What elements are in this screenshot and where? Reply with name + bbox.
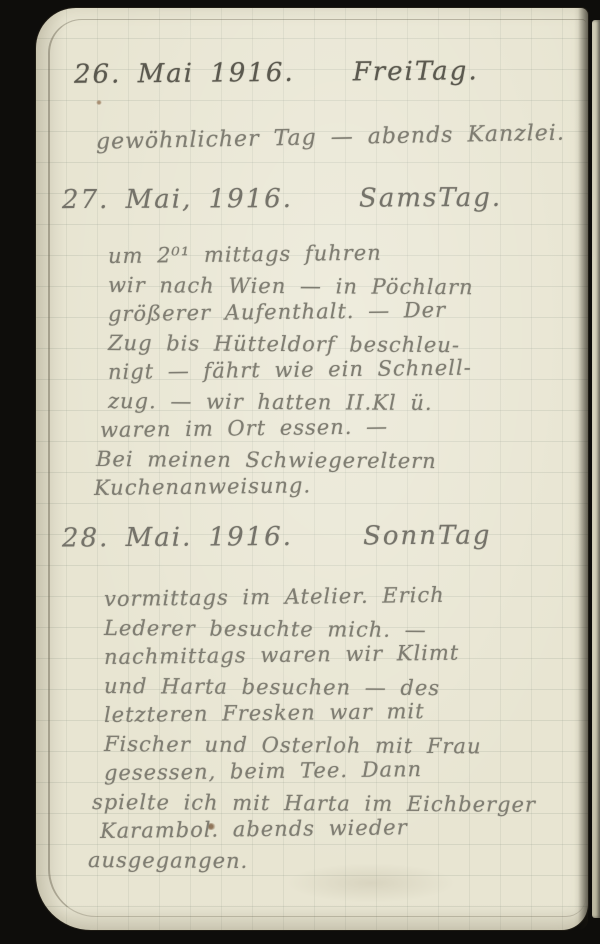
entry-body-26-mai: gewöhnlicher Tag — abends Kanzlei.	[96, 126, 565, 154]
entry-header-27-mai: 27. Mai, 1916.SamsTag.	[62, 183, 502, 215]
notebook-page: 26. Mai 1916.FreiTag. gewöhnlicher Tag —…	[36, 8, 588, 930]
handwritten-line: ausgegangen.	[88, 846, 536, 878]
handwritten-line: gesessen, beim Tee. Dann	[104, 754, 536, 788]
handwritten-line: um 2⁰¹ mittags fuhren	[108, 238, 474, 271]
entry-header-28-mai: 28. Mai. 1916.SonnTag	[62, 521, 492, 554]
facing-page-edge	[592, 20, 600, 918]
handwritten-line: Karambol. abends wieder	[100, 812, 536, 846]
entry-weekday: FreiTag.	[353, 56, 479, 87]
handwritten-line: nachmittags waren wir Klimt	[104, 638, 536, 672]
handwritten-line: gewöhnlicher Tag — abends Kanzlei.	[96, 121, 565, 155]
entry-date: 27. Mai, 1916.	[62, 184, 293, 215]
entry-header-26-mai: 26. Mai 1916.FreiTag.	[74, 56, 479, 90]
paper-stain	[96, 100, 102, 105]
page-edge-stack	[36, 8, 62, 930]
handwritten-line: waren im Ort essen. —	[100, 411, 474, 445]
scan-background: { "document": { "kind": "handwritten dia…	[0, 0, 600, 944]
entry-date: 28. Mai. 1916.	[62, 522, 293, 554]
handwritten-line: letzteren Fresken war mit	[104, 696, 536, 730]
entry-body-27-mai: um 2⁰¹ mittags fuhren wir nach Wien — in…	[108, 242, 474, 503]
entry-weekday: SamsTag.	[359, 183, 502, 214]
handwritten-line: vormittags im Atelier. Erich	[104, 580, 536, 614]
handwritten-line: Kuchenanweisung.	[94, 469, 474, 503]
entry-weekday: SonnTag	[363, 521, 492, 552]
entry-date: 26. Mai 1916.	[74, 58, 295, 90]
entry-body-28-mai: vormittags im Atelier. Erich Lederer bes…	[104, 585, 536, 875]
gutter-shadow	[578, 8, 588, 930]
handwritten-line: nigt — fährt wie ein Schnell-	[108, 354, 474, 387]
handwritten-line: größerer Aufenthalt. — Der	[108, 296, 474, 329]
